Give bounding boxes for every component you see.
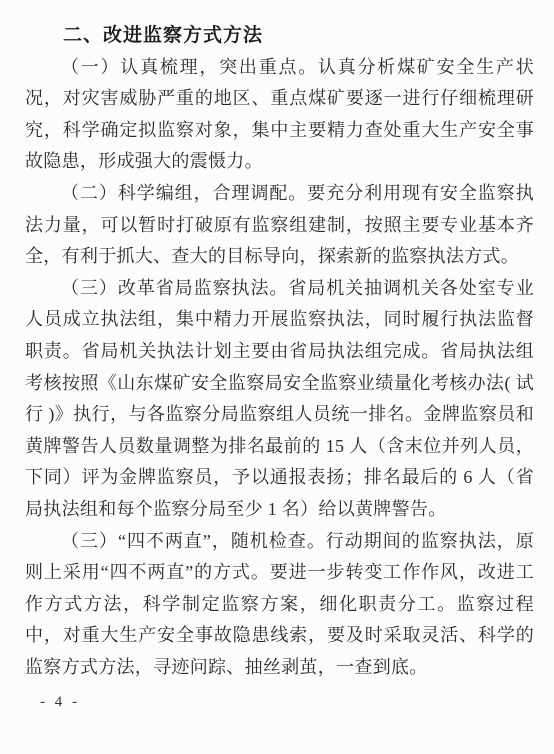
- document-page: 二、改进监察方式方法 （一）认真梳理，突出重点。认真分析煤矿安全生产状况，对灾害…: [0, 0, 554, 754]
- paragraph-item-4: （三）“四不两直”，随机检查。行动期间的监察执法，原则上采用“四不两直”的方式。…: [25, 526, 534, 684]
- section-heading: 二、改进监察方式方法: [25, 20, 534, 52]
- document-content: 二、改进监察方式方法 （一）认真梳理，突出重点。认真分析煤矿安全生产状况，对灾害…: [25, 20, 534, 683]
- paragraph-item-1: （一）认真梳理，突出重点。认真分析煤矿安全生产状况，对灾害威胁严重的地区、重点煤…: [25, 52, 534, 178]
- paragraph-item-3: （三）改革省局监察执法。省局机关抽调机关各处室专业人员成立执法组，集中精力开展监…: [25, 273, 534, 526]
- paragraph-item-2: （二）科学编组，合理调配。要充分利用现有安全监察执法力量，可以暂时打破原有监察组…: [25, 178, 534, 273]
- page-number: - 4 -: [40, 694, 80, 711]
